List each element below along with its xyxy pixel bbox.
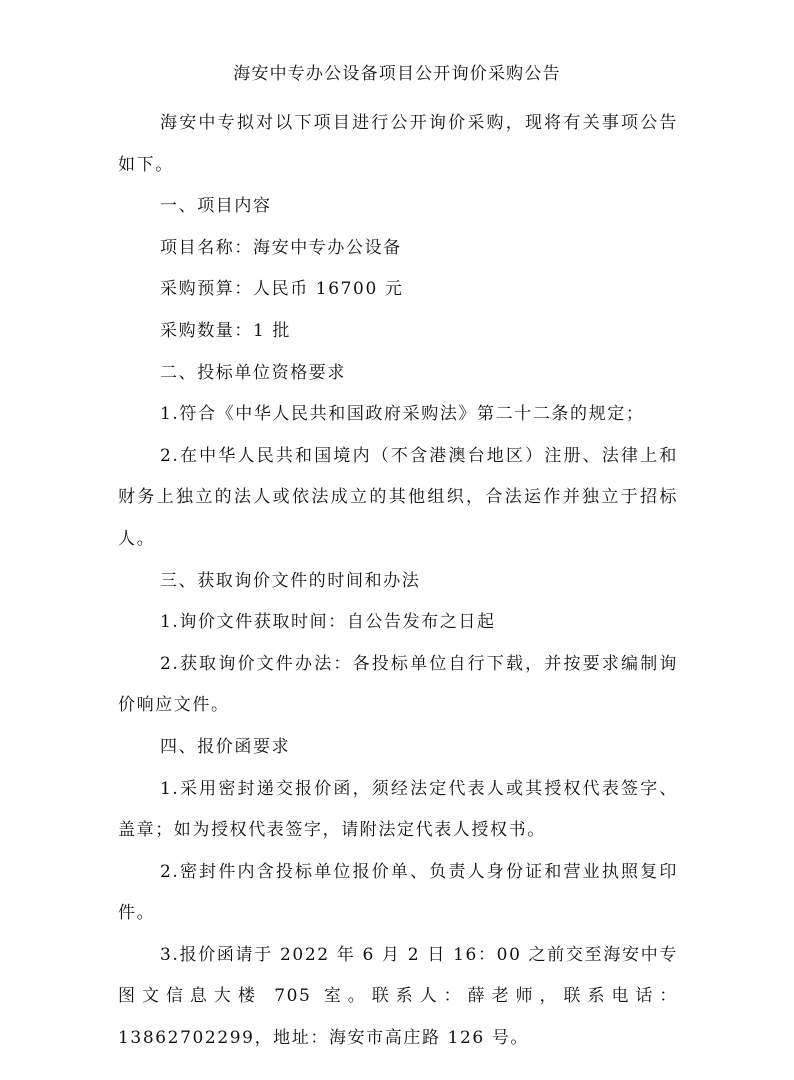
section-heading-project-content: 一、项目内容 [118,186,678,228]
qualification-item-2: 2.在中华人民共和国境内（不含港澳台地区）注册、法律上和财务上独立的法人或依法成… [118,436,678,561]
procurement-budget: 采购预算：人民币 16700 元 [118,269,678,311]
project-name: 项目名称：海安中专办公设备 [118,228,678,270]
obtain-time: 1.询价文件获取时间：自公告发布之日起 [118,602,678,644]
section-heading-bidder-qualifications: 二、投标单位资格要求 [118,353,678,395]
document-body: 海安中专拟对以下项目进行公开询价采购，现将有关事项公告如下。 一、项目内容 项目… [118,103,678,1060]
document-title: 海安中专办公设备项目公开询价采购公告 [0,62,794,86]
quotation-item-3: 3.报价函请于 2022 年 6 月 2 日 16：00 之前交至海安中专图文信… [118,935,678,1060]
section-heading-quotation-requirements: 四、报价函要求 [118,727,678,769]
quotation-item-2: 2.密封件内含投标单位报价单、负责人身份证和营业执照复印件。 [118,852,678,935]
intro-paragraph: 海安中专拟对以下项目进行公开询价采购，现将有关事项公告如下。 [118,103,678,186]
section-heading-obtain-documents: 三、获取询价文件的时间和办法 [118,561,678,603]
document-page: 海安中专办公设备项目公开询价采购公告 海安中专拟对以下项目进行公开询价采购，现将… [0,0,794,1080]
quotation-item-1: 1.采用密封递交报价函，须经法定代表人或其授权代表签字、盖章；如为授权代表签字，… [118,769,678,852]
procurement-quantity: 采购数量：1 批 [118,311,678,353]
qualification-item-1: 1.符合《中华人民共和国政府采购法》第二十二条的规定； [118,394,678,436]
obtain-method: 2.获取询价文件办法：各投标单位自行下载，并按要求编制询价响应文件。 [118,644,678,727]
